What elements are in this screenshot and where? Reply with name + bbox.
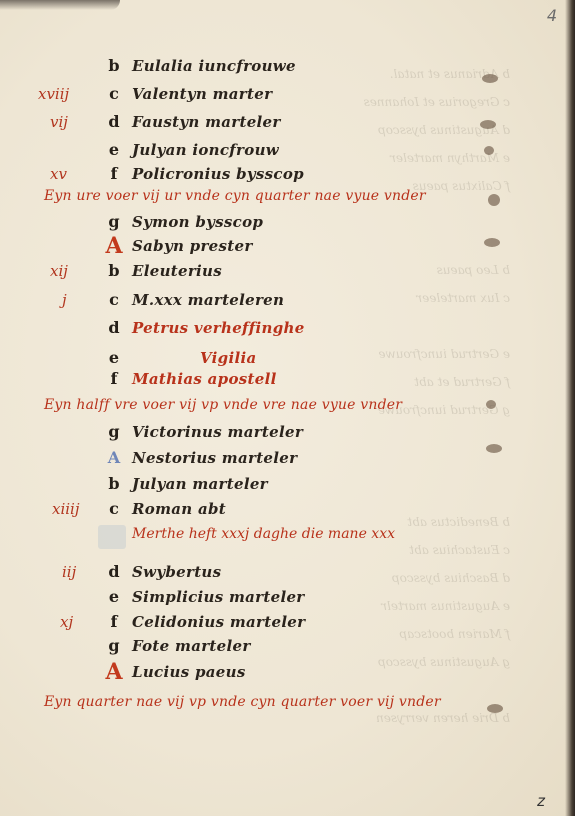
saint-name: Nestorius marteler <box>132 446 297 470</box>
show-through-line <box>310 480 510 508</box>
ink-blot <box>487 704 503 713</box>
dominical-letter: e <box>103 585 125 609</box>
ink-blot <box>480 120 496 129</box>
show-through-line: f Gertrud et abt <box>310 368 510 396</box>
dominical-letter: g <box>103 210 125 234</box>
dominical-letter: b <box>103 472 125 496</box>
show-through-line <box>310 424 510 452</box>
saint-name: Swybertus <box>132 560 221 584</box>
saint-name: Eulalia iuncfrouwe <box>132 54 296 78</box>
ink-blot <box>484 146 494 155</box>
saint-name: Fote marteler <box>132 634 251 658</box>
feast-name: Mathias apostell <box>132 367 277 391</box>
golden-number: xviij <box>38 82 90 106</box>
show-through-line: b Leo paeus <box>310 256 510 284</box>
dominical-letter: c <box>103 82 125 106</box>
dominical-letter: f <box>103 610 125 634</box>
show-through-line: c Iux marteleer <box>310 284 510 312</box>
golden-number: xij <box>50 259 102 283</box>
show-through-line: d Augustinus bysscop <box>310 116 510 144</box>
show-through-line: c Gregorius et Iohannes <box>310 88 510 116</box>
dominical-letter: c <box>103 497 125 521</box>
daylight-rubric: Eyn ure voer vij ur vnde cyn quarter nae… <box>44 184 426 208</box>
show-through-line <box>310 452 510 480</box>
dominical-letter: g <box>103 420 125 444</box>
daylight-rubric: Eyn halff vre voer vij vp vnde vre nae v… <box>44 393 402 417</box>
manuscript-page: 4 z b Adrianus et natal. c Gregorius et … <box>0 0 575 816</box>
quire-mark: z <box>537 792 545 810</box>
feast-name: Petrus verheffinghe <box>132 316 305 340</box>
ink-blot <box>482 74 498 83</box>
show-through-line <box>310 228 510 256</box>
saint-name: Symon bysscop <box>132 210 263 234</box>
month-note: Merthe heft xxxj daghe die mane xxx <box>132 522 395 546</box>
binding-shadow <box>0 0 120 10</box>
daylight-rubric: Eyn quarter nae vij vp vnde cyn quarter … <box>44 690 441 714</box>
show-through-text: b Adrianus et natal. c Gregorius et Ioha… <box>310 60 510 670</box>
show-through-line: b Adrianus et natal. <box>310 60 510 88</box>
dominical-letter: f <box>103 367 125 391</box>
show-through-line: f Marien bootscap <box>310 620 510 648</box>
saint-name: Victorinus marteler <box>132 420 303 444</box>
ink-blot <box>484 238 500 247</box>
show-through-line: d Baschius bysscop <box>310 564 510 592</box>
saint-name: Sabyn prester <box>132 234 253 258</box>
saint-name: Roman abt <box>132 497 226 521</box>
dominical-letter: b <box>103 54 125 78</box>
saint-name: Celidonius marteler <box>132 610 305 634</box>
saint-name: Policronius bysscop <box>132 162 304 186</box>
blue-smudge <box>98 525 126 549</box>
dominical-letter: b <box>103 259 125 283</box>
dominical-letter: c <box>103 288 125 312</box>
saint-name: Lucius paeus <box>132 660 246 684</box>
show-through-line: e Marthyn marteler <box>310 144 510 172</box>
dominical-letter-a-red: A <box>103 234 125 258</box>
saint-name: Eleuterius <box>132 259 222 283</box>
saint-name: Julyan ioncfrouw <box>132 138 279 162</box>
dominical-letter: d <box>103 560 125 584</box>
show-through-line: e Gertrud iuncfrouwe <box>310 340 510 368</box>
folio-number: 4 <box>547 6 557 25</box>
golden-number: vij <box>50 110 102 134</box>
saint-name: Valentyn marter <box>132 82 272 106</box>
ink-blot <box>486 400 496 409</box>
dominical-letter-a-blue: A <box>103 446 125 470</box>
saint-name: Julyan marteler <box>132 472 268 496</box>
saint-name: Simplicius marteler <box>132 585 305 609</box>
saint-name: Faustyn marteler <box>132 110 281 134</box>
dominical-letter: d <box>103 110 125 134</box>
dominical-letter: d <box>103 316 125 340</box>
golden-number: xv <box>50 162 102 186</box>
dominical-letter: f <box>103 162 125 186</box>
show-through-line: g Augustinus bysscop <box>310 648 510 676</box>
dominical-letter: g <box>103 634 125 658</box>
dominical-letter-a-red: A <box>103 660 125 684</box>
page-edge-shadow <box>565 0 575 816</box>
show-through-line <box>310 312 510 340</box>
show-through-line: e Augustinus martelr <box>310 592 510 620</box>
ink-blot <box>486 444 502 453</box>
ink-blot <box>488 194 500 206</box>
dominical-letter: e <box>103 138 125 162</box>
golden-number: xiiij <box>52 497 104 521</box>
saint-name: M.xxx marteleren <box>132 288 284 312</box>
